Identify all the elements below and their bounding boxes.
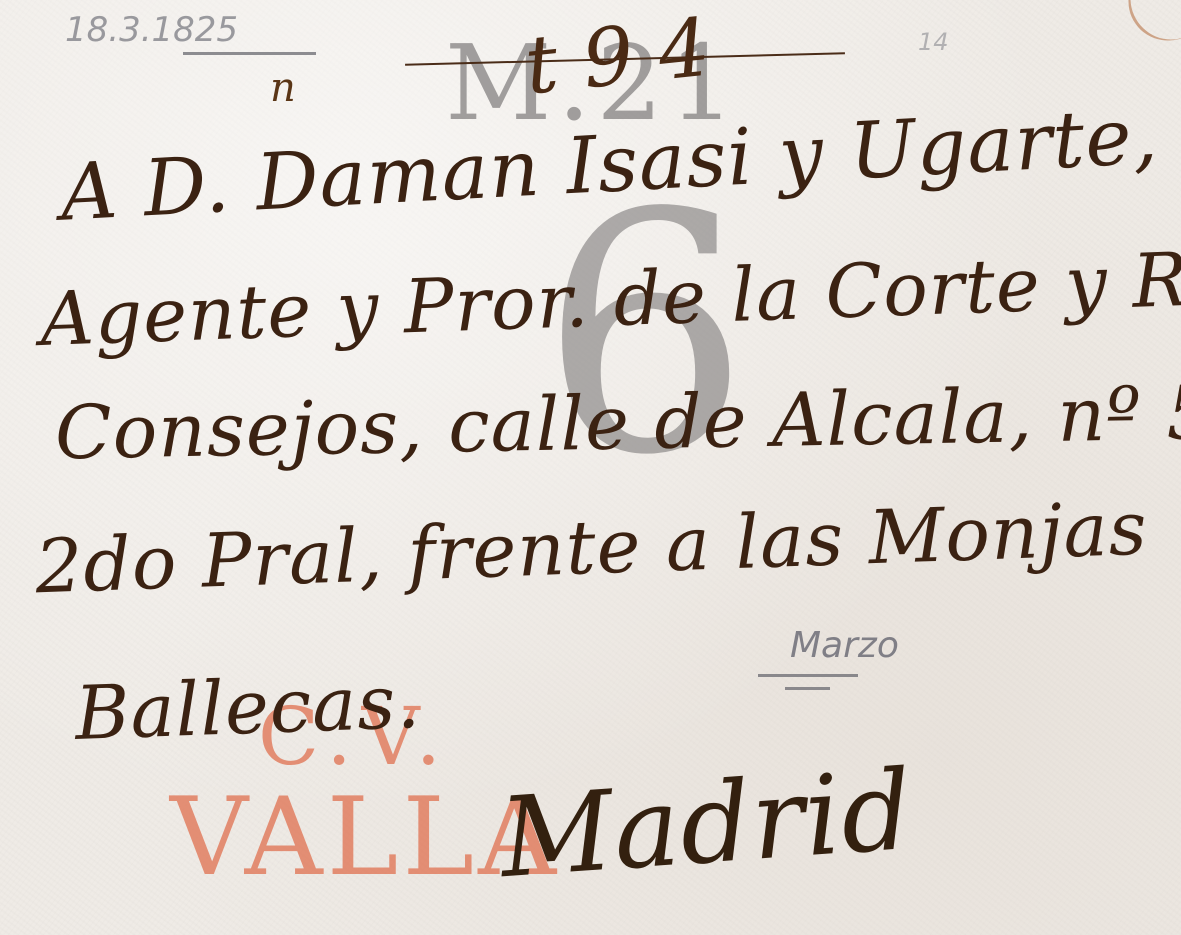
address-line-5: Ballecas. <box>74 659 422 757</box>
pencil-month-underline-short <box>785 687 830 690</box>
pencil-number-note: 14 <box>918 28 949 56</box>
address-superscript: n <box>270 65 297 111</box>
address-line-4: 2do Pral, frente a las Monjas <box>34 486 1149 611</box>
pencil-month-underline <box>758 674 858 677</box>
pencil-month-note: Marzo <box>790 625 899 666</box>
paper-corner-edge <box>1113 0 1181 57</box>
pencil-date-note: 18.3.1825 <box>65 10 238 50</box>
pencil-date-underline <box>183 52 316 55</box>
letter-cover: 18.3.1825 14 M.21 t 9 4 6 n A D. Daman I… <box>0 0 1181 935</box>
address-line-3: Consejos, calle de Alcala, nº 5. <box>54 370 1181 477</box>
manuscript-rate-mark: t 9 4 <box>521 1 715 113</box>
destination-city: Madrid <box>496 746 917 902</box>
